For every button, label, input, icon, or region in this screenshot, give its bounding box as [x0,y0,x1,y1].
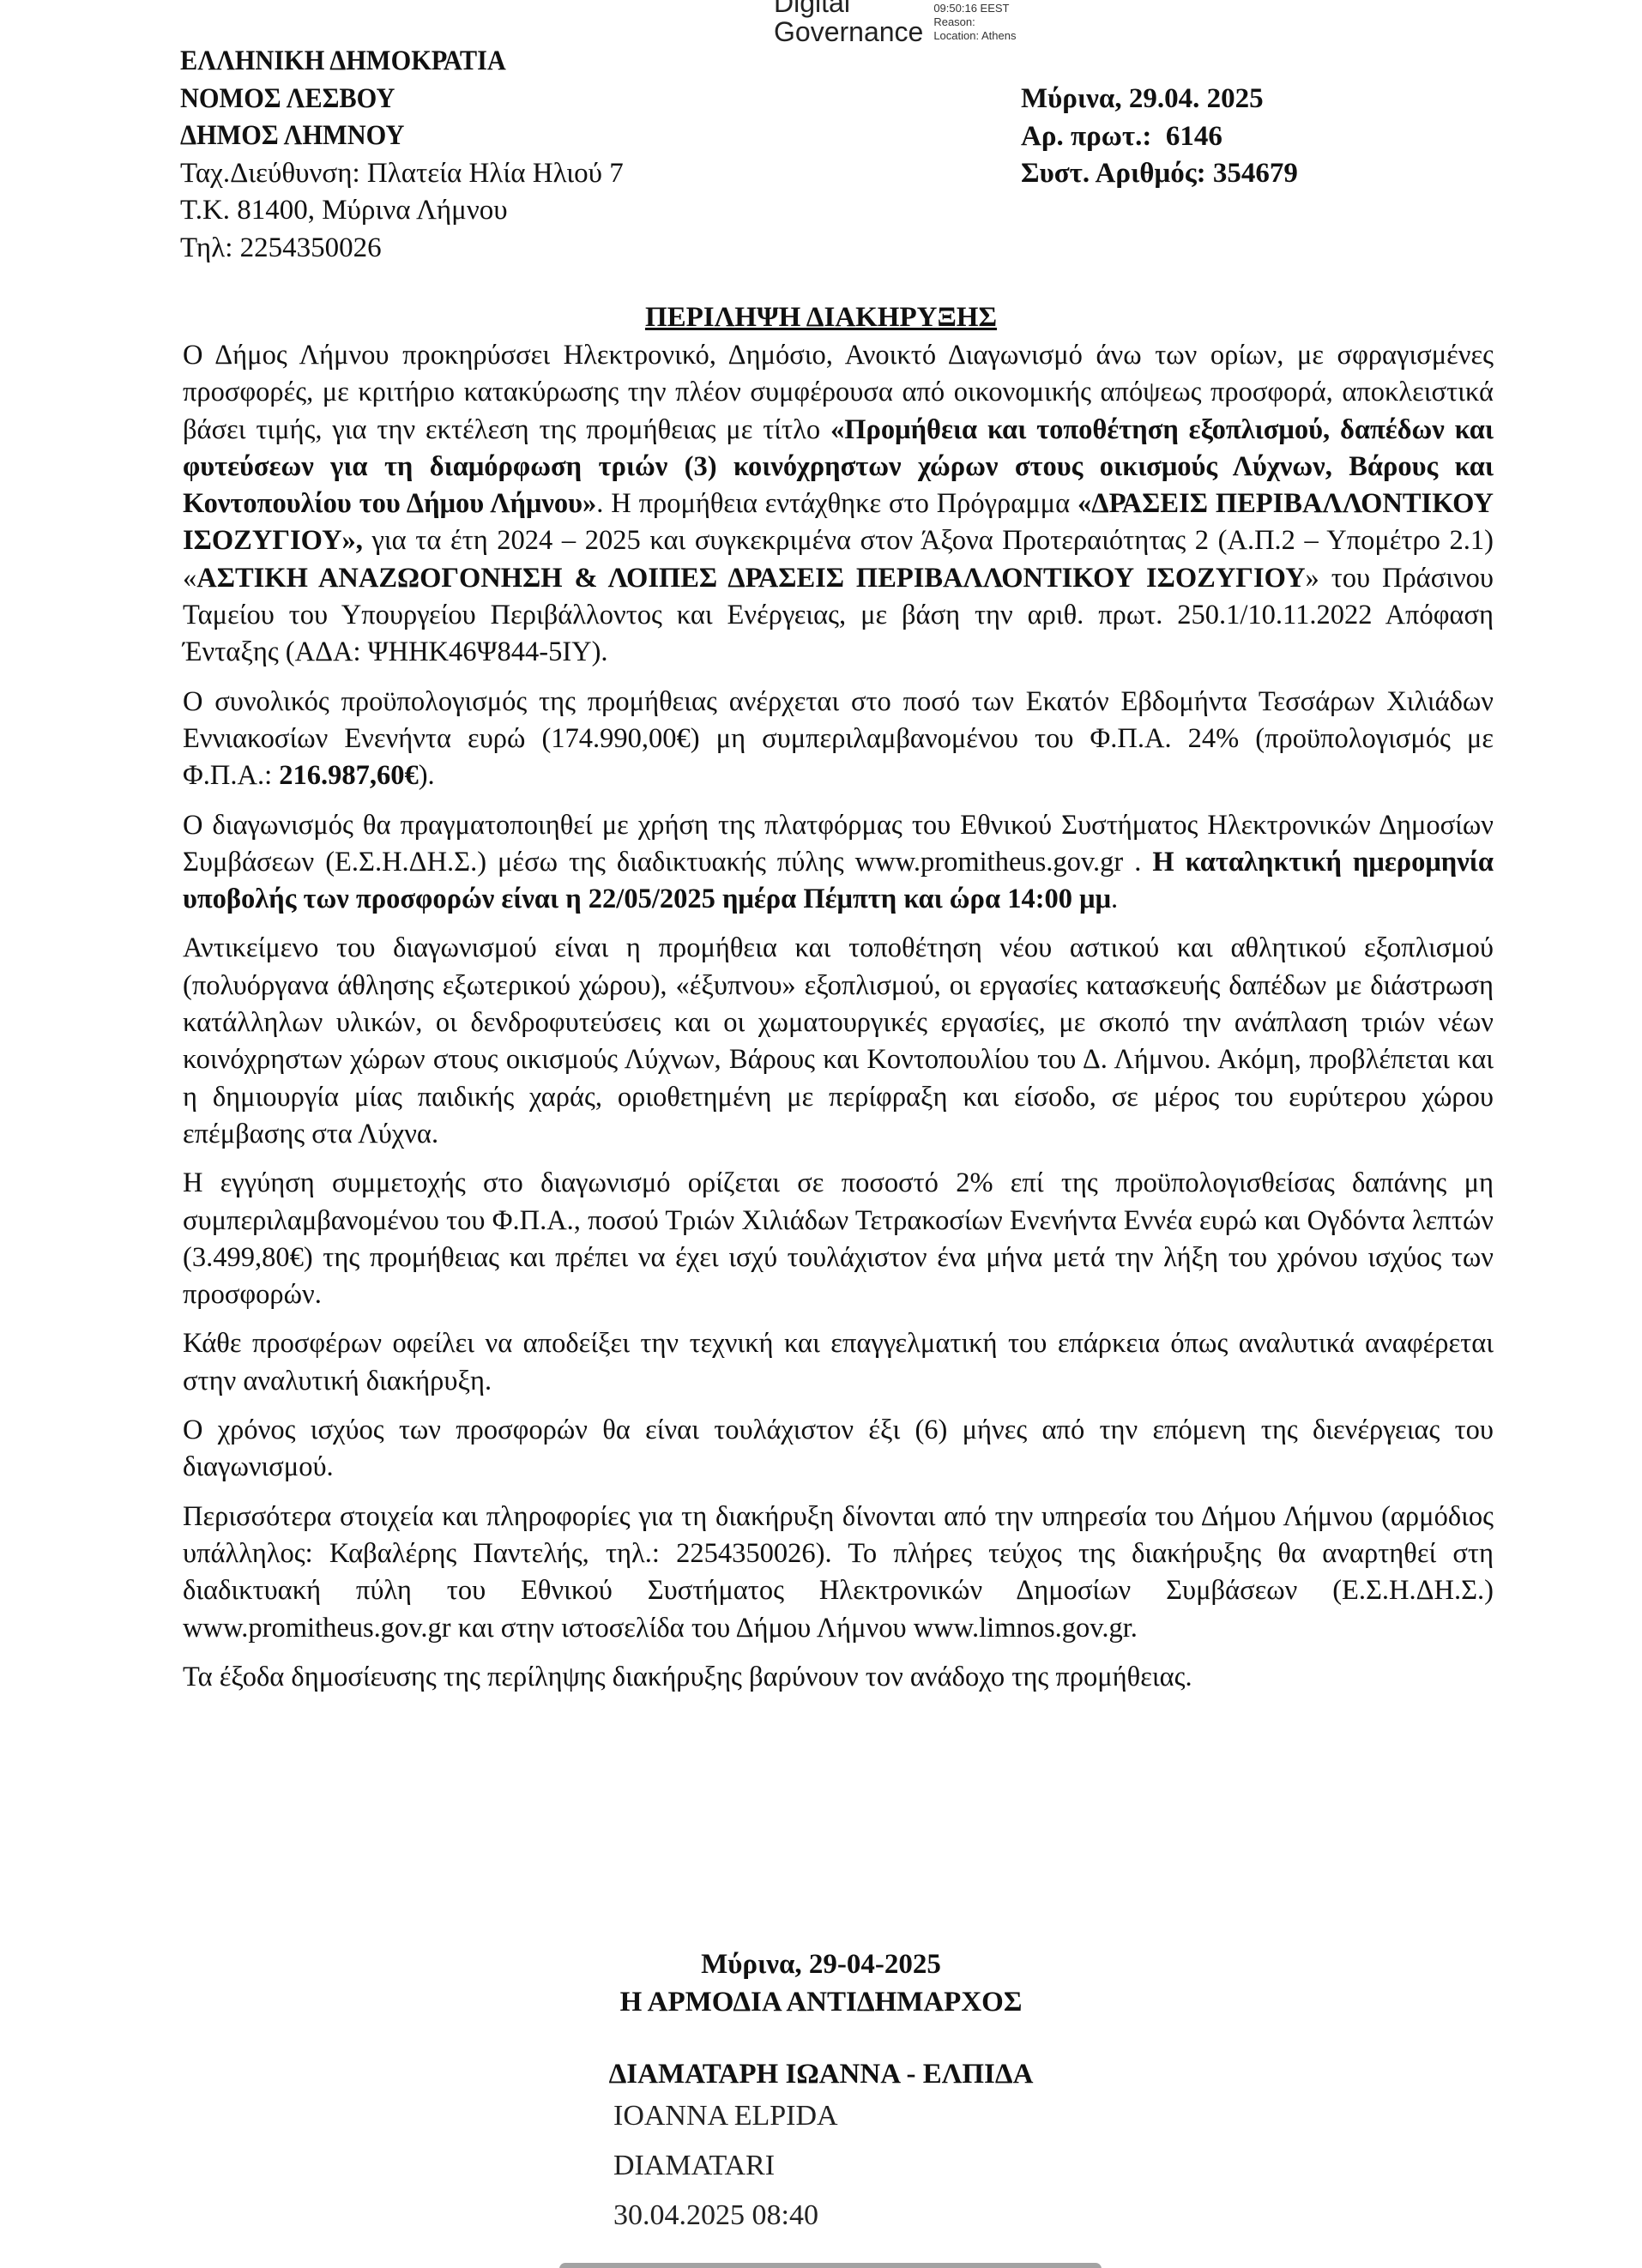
paragraph-info: Περισσότερα στοιχεία και πληροφορίες για… [183,1499,1494,1647]
stamp-metadata: Date: 2025.04.30 09:50:16 EEST Reason: L… [933,0,1019,43]
system-value: 354679 [1213,158,1298,189]
paragraph-subject: Αντικείμενο του διαγωνισμού είναι η προμ… [183,930,1494,1153]
issuer-phone: Τηλ: 2254350026 [180,230,624,268]
signatory-name: ΔΙΑΜΑΤΑΡΗ ΙΩΑΝΝΑ - ΕΛΠΙΔΑ [0,2055,1642,2093]
signature-place-date: Μύρινα, 29-04-2025 [0,1945,1642,1983]
issuer-country: ΕΛΛΗΝΙΚΗ ΔΗΜΟΚΡΑΤΙΑ [180,43,588,81]
document-date: Μύρινα, 29.04. 2025 [1021,81,1298,118]
esig-first-name: IOANNA ELPIDA [613,2091,838,2141]
electronic-signature: IOANNA ELPIDA DIAMATARI 30.04.2025 08:40 [613,2091,838,2241]
stamp-reason: Reason: [933,15,1019,29]
esig-last-name: DIAMATARI [613,2141,838,2191]
budget-with-vat: 216.987,60€ [279,760,419,791]
digital-signature-stamp: Digital Governance Date: 2025.04.30 09:5… [774,0,1019,46]
signature-header: Μύρινα, 29-04-2025 Η ΑΡΜΟΔΙΑ ΑΝΤΙΔΗΜΑΡΧΟ… [0,1945,1642,2021]
p1-text-c: . Η προμήθεια εντάχθηκε στο Πρόγραμμα [596,488,1078,519]
stamp-org-line2: Governance [774,17,923,46]
protocol-value: 6146 [1166,121,1222,152]
document-title: ΠΕΡΙΛΗΨΗ ΔΙΑΚΗΡΥΞΗΣ [0,302,1642,334]
title-text: ΠΕΡΙΛΗΨΗ ΔΙΑΚΗΡΥΞΗΣ [645,302,997,333]
paragraph-budget: Ο συνολικός προϋπολογισμός της προμήθεια… [183,684,1494,795]
signatory-role: Η ΑΡΜΟΔΙΑ ΑΝΤΙΔΗΜΑΡΧΟΣ [0,1983,1642,2021]
system-number: Συστ. Αριθμός: 354679 [1021,155,1298,193]
axis-name: ΑΣΤΙΚΗ ΑΝΑΖΩΟΓΟΝΗΣΗ & ΛΟΙΠΕΣ ΔΡΑΣΕΙΣ ΠΕΡ… [196,563,1305,594]
paragraph-announcement: Ο Δήμος Λήμνου προκηρύσσει Ηλεκτρονικό, … [183,337,1494,672]
stamp-time: 09:50:16 EEST [933,2,1019,15]
paragraph-guarantee: Η εγγύηση συμμετοχής στο διαγωνισμό ορίζ… [183,1165,1494,1313]
paragraph-eligibility: Κάθε προσφέρων οφείλει να αποδείξει την … [183,1325,1494,1400]
esig-timestamp: 30.04.2025 08:40 [613,2191,838,2241]
stamp-org-line1: Digital [774,0,923,17]
issuer-prefecture: ΝΟΜΟΣ ΛΕΣΒΟΥ [180,81,588,118]
document-body: Ο Δήμος Λήμνου προκηρύσσει Ηλεκτρονικό, … [183,337,1494,1708]
paragraph-platform: Ο διαγωνισμός θα πραγματοποιηθεί με χρήσ… [183,807,1494,919]
issuer-block: ΕΛΛΗΝΙΚΗ ΔΗΜΟΚΡΑΤΙΑ ΝΟΜΟΣ ΛΕΣΒΟΥ ΔΗΜΟΣ Λ… [180,43,624,267]
paragraph-publication-costs: Τα έξοδα δημοσίευσης της περίληψης διακή… [183,1659,1494,1696]
protocol-label: Αρ. πρωτ.: [1021,121,1151,152]
issuer-postcode: Τ.Κ. 81400, Μύρινα Λήμνου [180,192,624,230]
reference-block: Μύρινα, 29.04. 2025 Αρ. πρωτ.: 6146 Συστ… [1021,81,1298,193]
issuer-address: Ταχ.Διεύθυνση: Πλατεία Ηλία Ηλιού 7 [180,155,624,193]
p3-text-c: . [1111,884,1118,914]
protocol-number: Αρ. πρωτ.: 6146 [1021,118,1298,156]
p2-text-c: ). [419,760,435,791]
paragraph-validity: Ο χρόνος ισχύος των προσφορών θα είναι τ… [183,1412,1494,1487]
issuer-municipality: ΔΗΜΟΣ ΛΗΜΝΟΥ [180,118,588,155]
system-label: Συστ. Αριθμός [1021,158,1197,189]
home-indicator-bar[interactable] [559,2263,1102,2268]
stamp-location: Location: Athens [933,29,1019,43]
stamp-organization: Digital Governance [774,0,923,46]
